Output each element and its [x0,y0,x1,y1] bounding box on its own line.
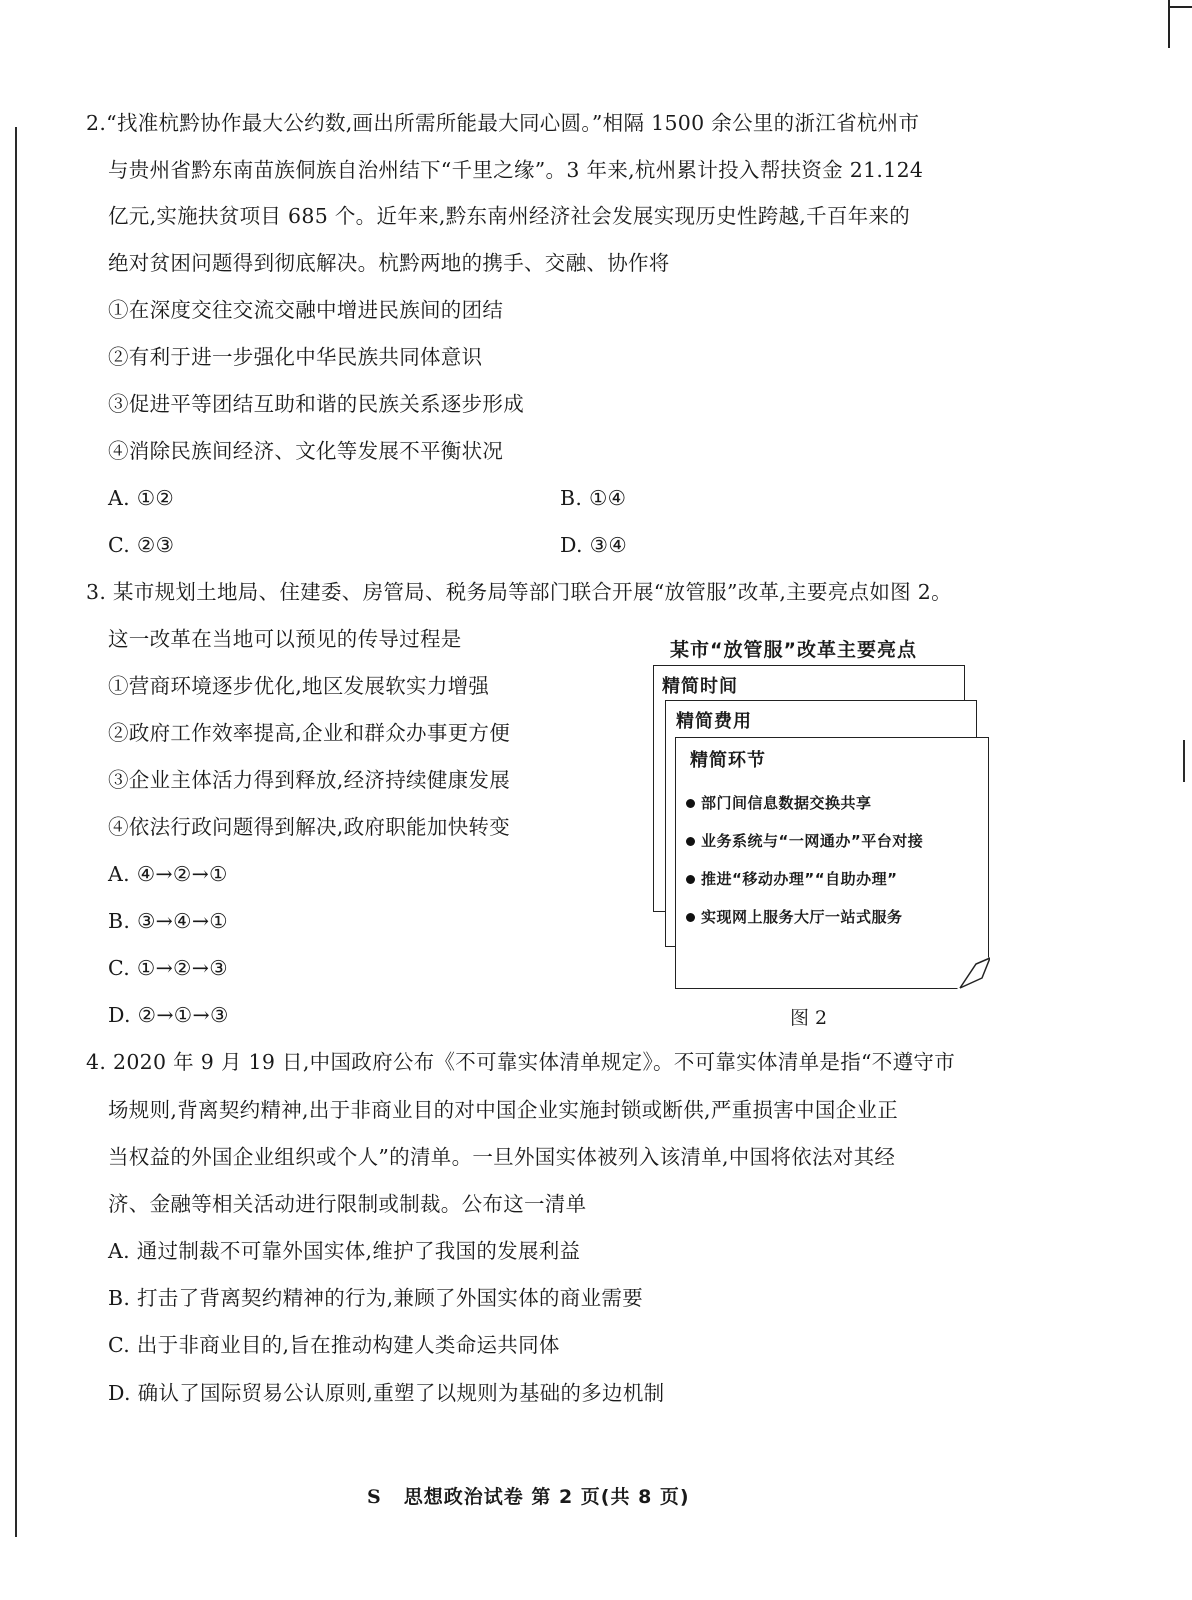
option-b[interactable]: B. 打击了背离契约精神的行为,兼顾了外国实体的商业需要 [108,1284,643,1312]
bullet-item: 实现网上服务大厅一站式服务 [686,906,903,927]
statement: ①在深度交往交流交融中增进民族间的团结 [108,296,503,324]
question-4-stem-line: 场规则,背离契约精神,出于非商业目的对中国企业实施封锁或断供,严重损害中国企业正 [108,1096,898,1124]
option-c[interactable]: C. 出于非商业目的,旨在推动构建人类命运共同体 [108,1331,560,1359]
bullet-dot-icon [686,799,695,808]
statement: ③企业主体活力得到释放,经济持续健康发展 [108,766,510,794]
bullet-item: 业务系统与“一网通办”平台对接 [686,830,923,851]
statement: ①营商环境逐步优化,地区发展软实力增强 [108,672,489,700]
figure-title: 某市“放管服”改革主要亮点 [670,635,917,662]
paper-code: S [367,1486,382,1508]
question-2-stem-line: 2.“找准杭黔协作最大公约数,画出所需所能最大同心圆。”相隔 1500 余公里的… [86,109,919,137]
question-4-stem-line: 4. 2020 年 9 月 19 日,中国政府公布《不可靠实体清单规定》。不可靠… [86,1048,955,1076]
crop-mark [1168,6,1192,8]
option-a[interactable]: A. 通过制裁不可靠外国实体,维护了我国的发展利益 [108,1237,580,1265]
page-footer: S思想政治试卷 第 2 页(共 8 页) [367,1482,690,1509]
card-label: 精简时间 [662,672,738,698]
question-4-stem-line: 当权益的外国企业组织或个人”的清单。一旦外国实体被列入该清单,中国将依法对其经 [108,1143,895,1171]
option-b[interactable]: B. ①④ [560,484,626,512]
scan-mark [1183,740,1185,782]
card-steps: 精简环节 部门间信息数据交换共享 业务系统与“一网通办”平台对接 推进“移动办理… [675,737,989,989]
bullet-item: 推进“移动办理”“自助办理” [686,868,897,889]
question-2-stem-line: 亿元,实施扶贫项目 685 个。近年来,黔东南州经济社会发展实现历史性跨越,千百… [108,202,910,230]
option-a[interactable]: A. ①② [108,484,174,512]
statement: ②政府工作效率提高,企业和群众办事更方便 [108,719,510,747]
question-3-stem-line: 这一改革在当地可以预见的传导过程是 [108,625,462,653]
statement: ④消除民族间经济、文化等发展不平衡状况 [108,437,503,465]
card-label: 精简环节 [690,746,766,772]
card-label: 精简费用 [676,707,752,733]
option-a[interactable]: A. ④→②→① [108,860,228,888]
figure-caption: 图 2 [790,1003,827,1030]
margin-line [15,127,17,1537]
option-d[interactable]: D. ②→①→③ [108,1001,229,1029]
question-2-stem-line: 与贵州省黔东南苗族侗族自治州结下“千里之缘”。3 年来,杭州累计投入帮扶资金 2… [108,156,923,184]
question-3-stem-line: 3. 某市规划土地局、住建委、房管局、税务局等部门联合开展“放管服”改革,主要亮… [86,578,952,606]
question-4-stem-line: 济、金融等相关活动进行限制或制裁。公布这一清单 [108,1190,586,1218]
page-number-text: 思想政治试卷 第 2 页(共 8 页) [404,1486,690,1508]
question-2-stem-line: 绝对贫困问题得到彻底解决。杭黔两地的携手、交融、协作将 [108,249,670,277]
statement: ③促进平等团结互助和谐的民族关系逐步形成 [108,390,524,418]
option-d[interactable]: D. ③④ [560,531,627,559]
bullet-dot-icon [686,837,695,846]
page-curl-icon [956,956,990,990]
bullet-item: 部门间信息数据交换共享 [686,792,872,813]
bullet-dot-icon [686,913,695,922]
bullet-dot-icon [686,875,695,884]
option-c[interactable]: C. ②③ [108,531,174,559]
option-d[interactable]: D. 确认了国际贸易公认原则,重塑了以规则为基础的多边机制 [108,1379,664,1407]
statement: ②有利于进一步强化中华民族共同体意识 [108,343,482,371]
statement: ④依法行政问题得到解决,政府职能加快转变 [108,813,510,841]
option-c[interactable]: C. ①→②→③ [108,954,228,982]
option-b[interactable]: B. ③→④→① [108,907,228,935]
